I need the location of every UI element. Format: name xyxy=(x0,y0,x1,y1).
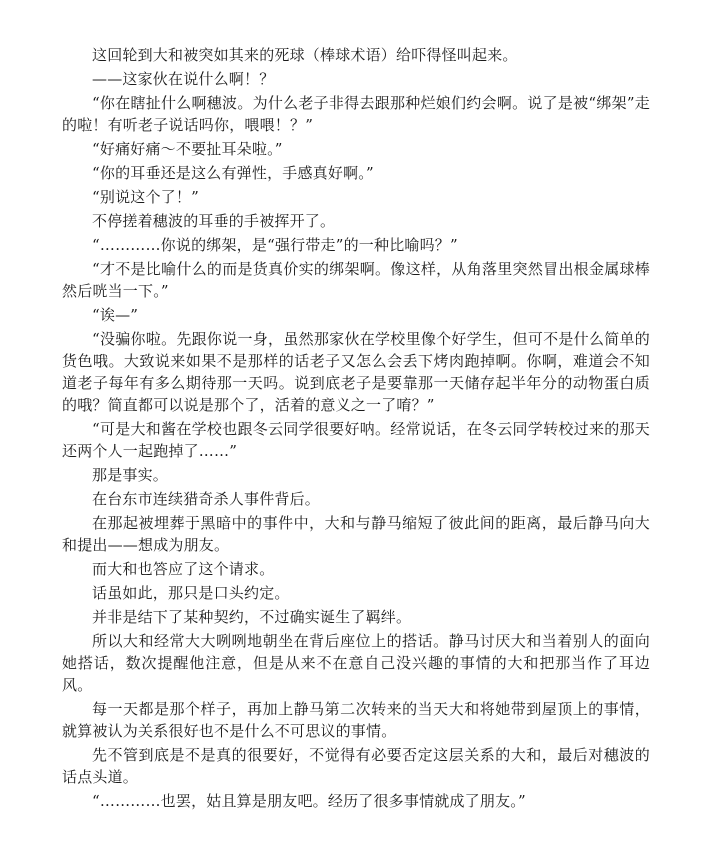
paragraph: 所以大和经常大大咧咧地朝坐在背后座位上的搭话。静马讨厌大和当着别人的面向她搭话，… xyxy=(62,630,650,696)
paragraph: “可是大和酱在学校也跟冬云同学很要好呐。经常说话，在冬云同学转校过来的那天还两个… xyxy=(62,418,650,462)
paragraph: “好痛好痛～不要扯耳朵啦。” xyxy=(62,138,650,160)
document-page: 这回轮到大和被突如其来的死球（棒球术语）给吓得怪叫起来。 ——这家伙在说什么啊！… xyxy=(0,0,708,850)
paragraph: “别说这个了！” xyxy=(62,186,650,208)
paragraph: “…………也罢，姑且算是朋友吧。经历了很多事情就成了朋友。” xyxy=(62,790,650,812)
paragraph: 先不管到底是不是真的很要好，不觉得有必要否定这层关系的大和，最后对穗波的话点头道… xyxy=(62,744,650,788)
paragraph: 那是事实。 xyxy=(62,464,650,486)
paragraph: ——这家伙在说什么啊！？ xyxy=(62,68,650,90)
paragraph: “你的耳垂还是这么有弹性，手感真好啊。” xyxy=(62,162,650,184)
paragraph: “你在瞎扯什么啊穗波。为什么老子非得去跟那种烂娘们约会啊。说了是被“绑架”走的啦… xyxy=(62,92,650,136)
paragraph: 这回轮到大和被突如其来的死球（棒球术语）给吓得怪叫起来。 xyxy=(62,44,650,66)
paragraph: 不停搓着穗波的耳垂的手被挥开了。 xyxy=(62,210,650,232)
paragraph: 并非是结下了某种契约，不过确实诞生了羁绊。 xyxy=(62,606,650,628)
paragraph: 每一天都是那个样子，再加上静马第二次转来的当天大和将她带到屋顶上的事情，就算被认… xyxy=(62,698,650,742)
paragraph: 在台东市连续猎奇杀人事件背后。 xyxy=(62,488,650,510)
paragraph: 而大和也答应了这个请求。 xyxy=(62,558,650,580)
paragraph: “没骗你啦。先跟你说一身，虽然那家伙在学校里像个好学生，但可不是什么简单的货色哦… xyxy=(62,328,650,416)
paragraph: 在那起被埋葬于黑暗中的事件中，大和与静马缩短了彼此间的距离，最后静马向大和提出—… xyxy=(62,512,650,556)
paragraph: “才不是比喻什么的而是货真价实的绑架啊。像这样，从角落里突然冒出根金属球棒然后咣… xyxy=(62,258,650,302)
paragraph: “诶—” xyxy=(62,304,650,326)
paragraph: 话虽如此，那只是口头约定。 xyxy=(62,582,650,604)
paragraph: “…………你说的绑架，是“强行带走”的一种比喻吗？” xyxy=(62,234,650,256)
